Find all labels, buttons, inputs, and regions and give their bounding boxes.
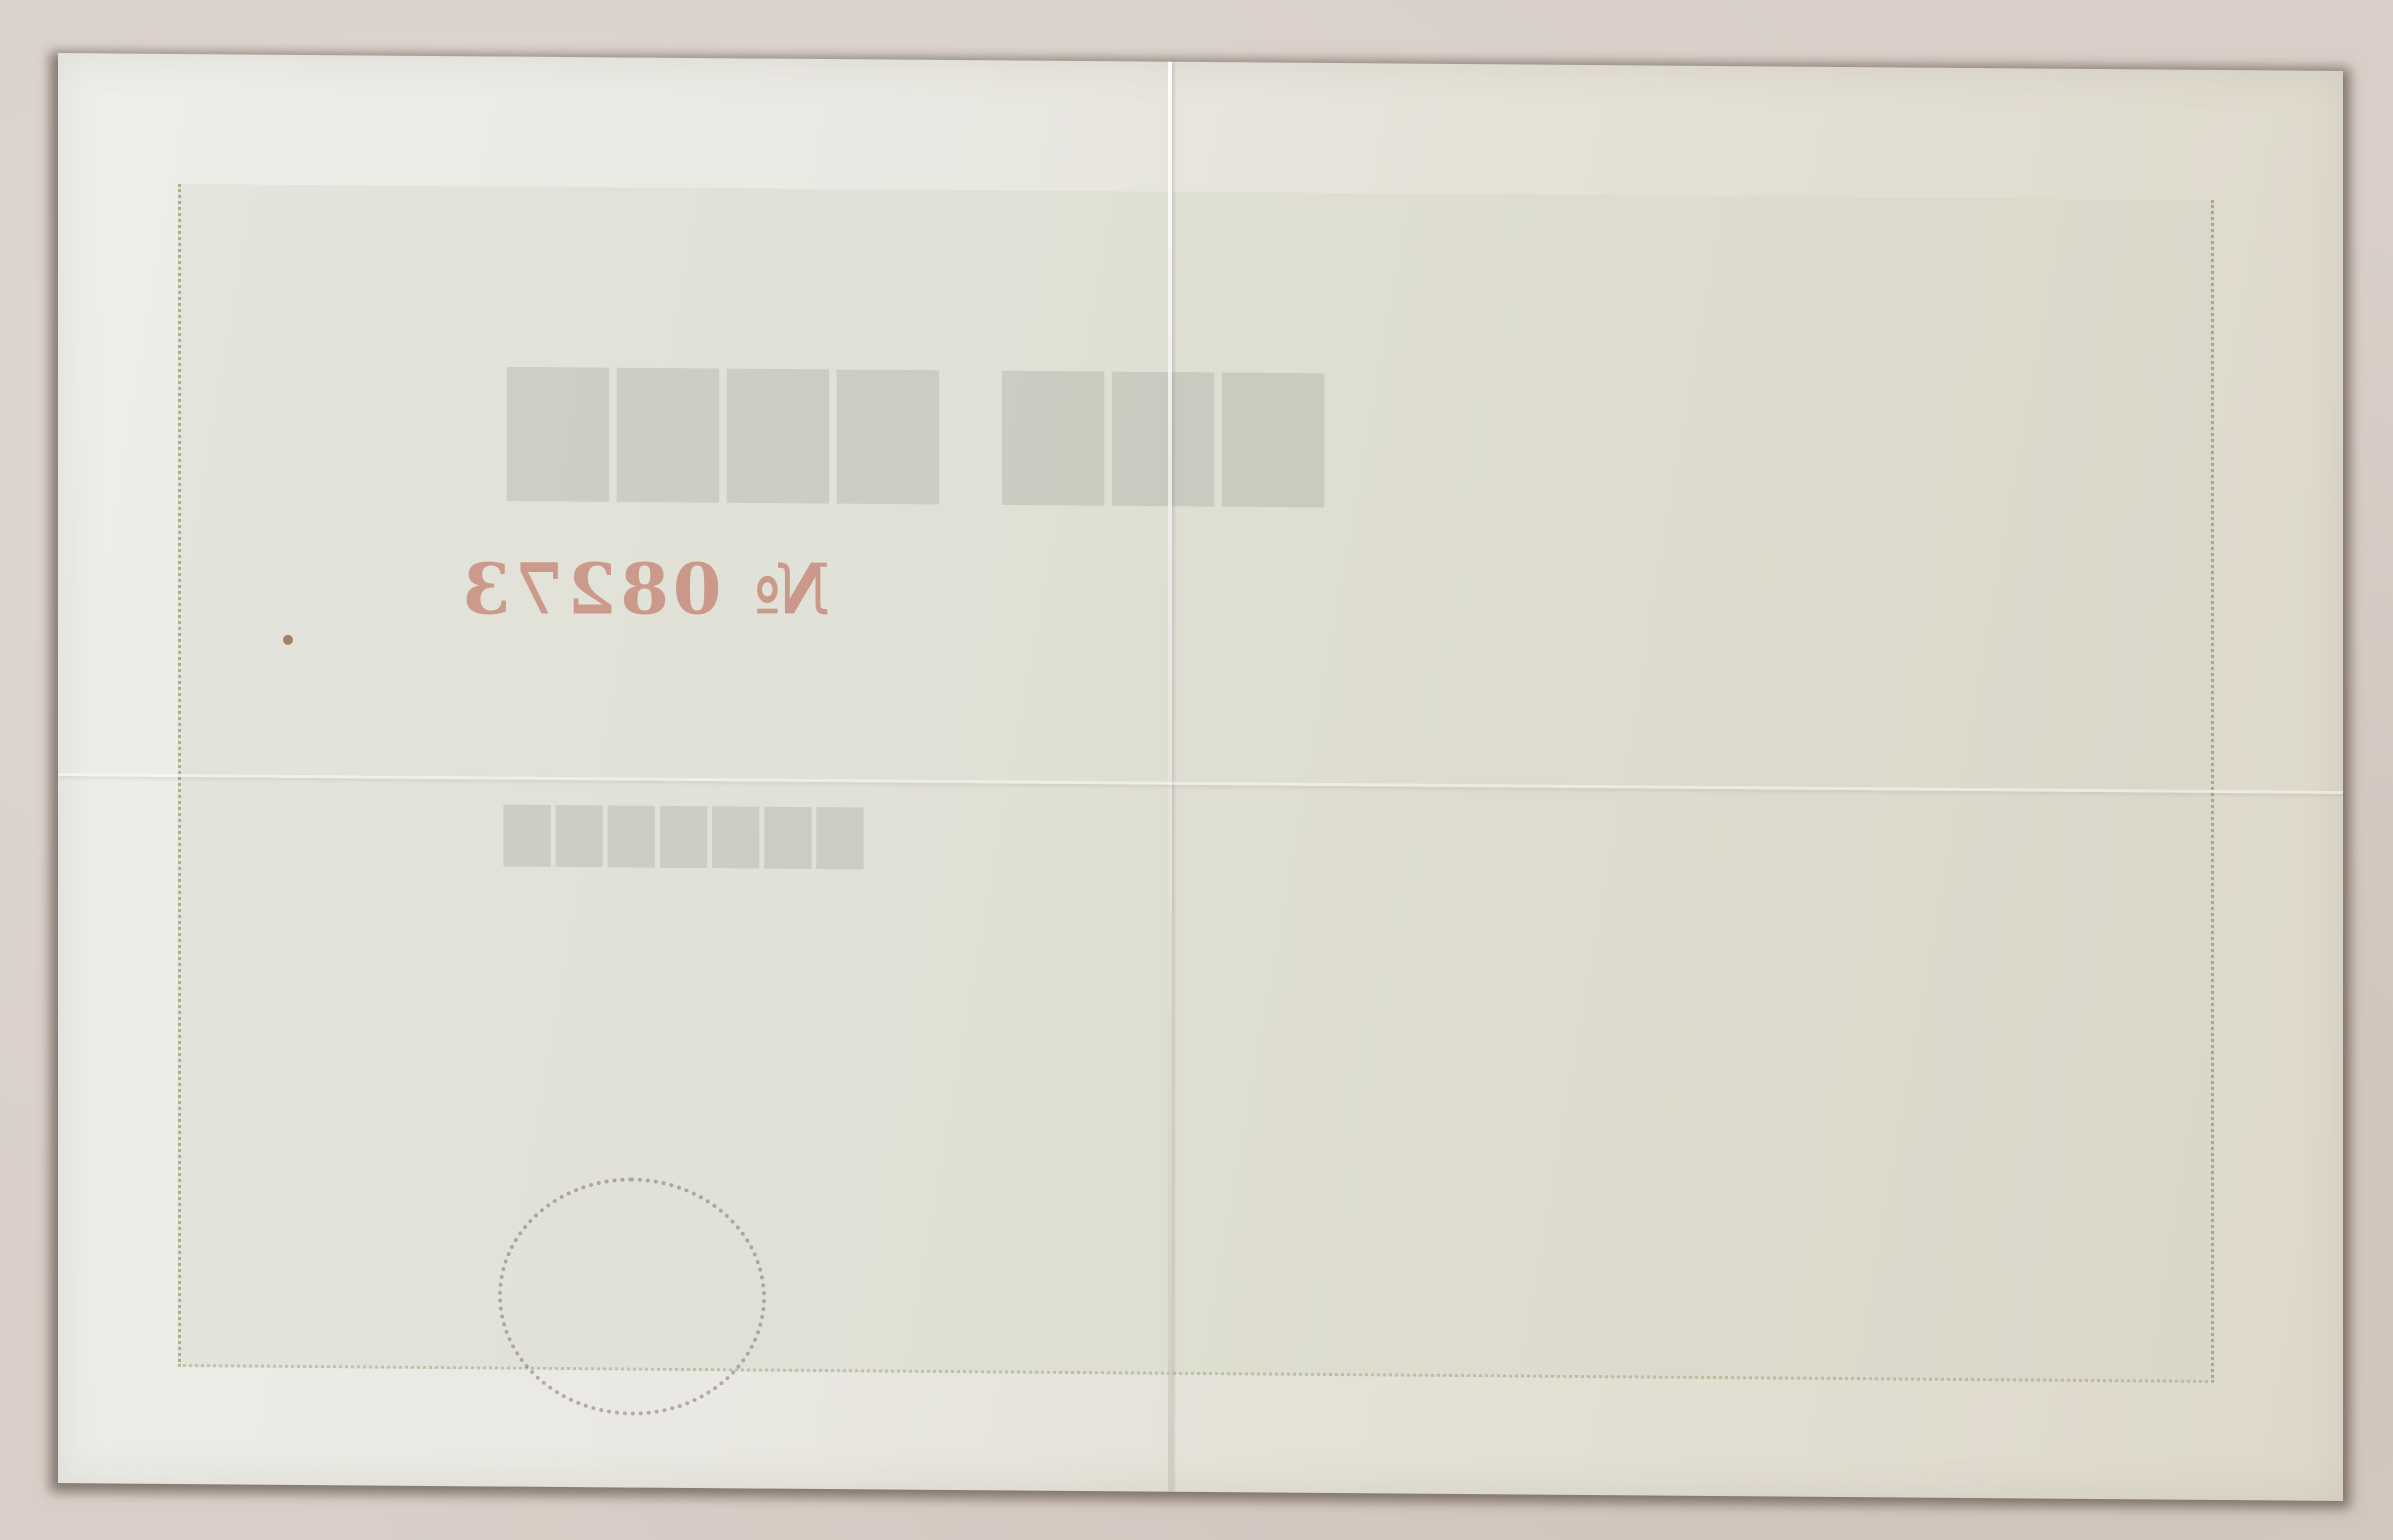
show-through-text-block: ▇▇▇▇▇▇▇ bbox=[498, 796, 863, 869]
banknote: ▇▇▇ ▇▇▇▇ ▇▇▇▇▇▇▇ № 08273 bbox=[58, 53, 2343, 1501]
vertical-fold-crease bbox=[1168, 62, 1172, 1492]
seal-stamp-show-through bbox=[498, 1176, 766, 1416]
stain-spot bbox=[283, 635, 293, 645]
show-through-heading: ▇▇▇ ▇▇▇▇ bbox=[498, 346, 1323, 505]
serial-number-mirrored: № 08273 bbox=[458, 548, 830, 631]
